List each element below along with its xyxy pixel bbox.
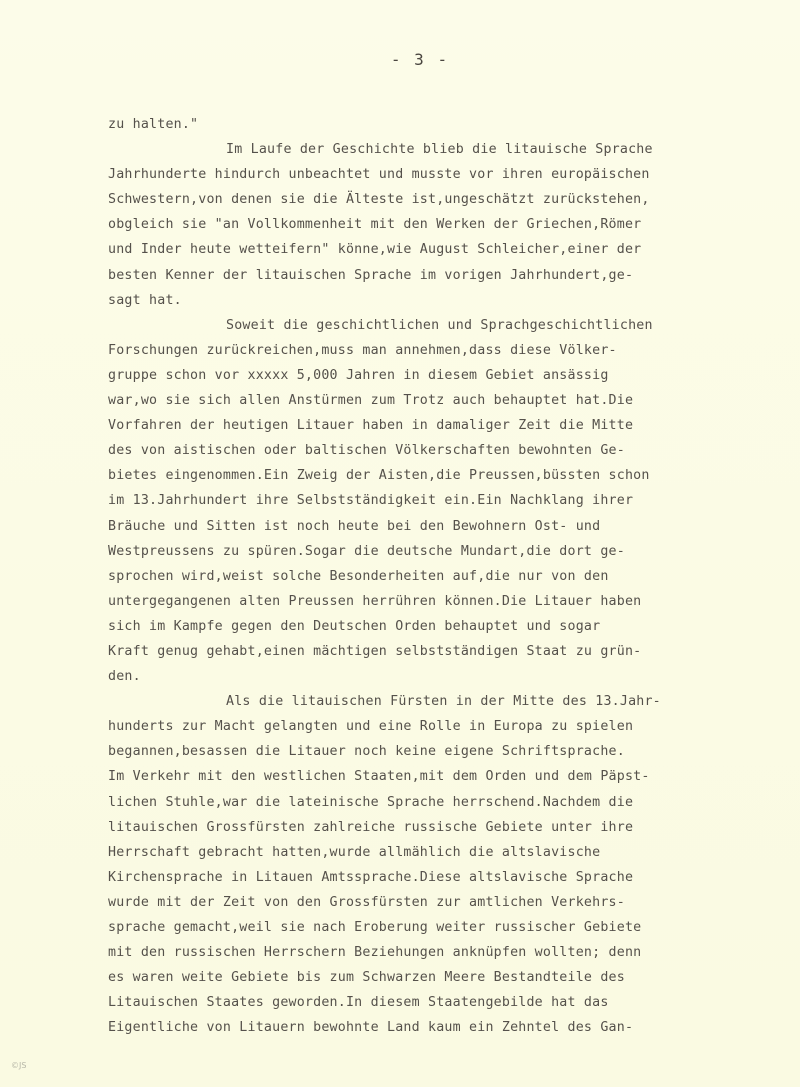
text-line: begannen,besassen die Litauer noch keine…: [108, 739, 798, 764]
text-line: zu halten.": [108, 112, 798, 137]
text-line: war,wo sie sich allen Anstürmen zum Trot…: [108, 388, 798, 413]
body-text: zu halten."Im Laufe der Geschichte blieb…: [108, 112, 798, 1040]
text-line: Vorfahren der heutigen Litauer haben in …: [108, 413, 798, 438]
text-line: lichen Stuhle,war die lateinische Sprach…: [108, 790, 798, 815]
page-number: - 3 -: [0, 50, 800, 69]
text-line: den.: [108, 664, 798, 689]
text-line: Westpreussens zu spüren.Sogar die deutsc…: [108, 539, 798, 564]
text-line: Schwestern,von denen sie die Älteste ist…: [108, 187, 798, 212]
text-line: hunderts zur Macht gelangten und eine Ro…: [108, 714, 798, 739]
typewritten-page: - 3 - zu halten."Im Laufe der Geschichte…: [0, 0, 800, 1087]
text-line: bietes eingenommen.Ein Zweig der Aisten,…: [108, 463, 798, 488]
text-line: es waren weite Gebiete bis zum Schwarzen…: [108, 965, 798, 990]
text-line: besten Kenner der litauischen Sprache im…: [108, 263, 798, 288]
text-line: Litauischen Staates geworden.In diesem S…: [108, 990, 798, 1015]
text-line: Jahrhunderte hindurch unbeachtet und mus…: [108, 162, 798, 187]
text-line: des von aistischen oder baltischen Völke…: [108, 438, 798, 463]
text-line: mit den russischen Herrschern Beziehunge…: [108, 940, 798, 965]
text-line: Kirchensprache in Litauen Amtssprache.Di…: [108, 865, 798, 890]
text-line: Kraft genug gehabt,einen mächtigen selbs…: [108, 639, 798, 664]
text-line: sagt hat.: [108, 288, 798, 313]
text-line: Herrschaft gebracht hatten,wurde allmähl…: [108, 840, 798, 865]
text-line: litauischen Grossfürsten zahlreiche russ…: [108, 815, 798, 840]
text-line: Bräuche und Sitten ist noch heute bei de…: [108, 514, 798, 539]
text-line: Als die litauischen Fürsten in der Mitte…: [108, 689, 798, 714]
text-line: sich im Kampfe gegen den Deutschen Orden…: [108, 614, 798, 639]
copyright-mark: ©JS: [11, 1061, 26, 1070]
text-line: und Inder heute wetteifern" könne,wie Au…: [108, 237, 798, 262]
text-line: sprochen wird,weist solche Besonderheite…: [108, 564, 798, 589]
text-line: Forschungen zurückreichen,muss man anneh…: [108, 338, 798, 363]
text-line: sprache gemacht,weil sie nach Eroberung …: [108, 915, 798, 940]
text-line: untergegangenen alten Preussen herrühren…: [108, 589, 798, 614]
text-line: gruppe schon vor xxxxx 5,000 Jahren in d…: [108, 363, 798, 388]
text-line: obgleich sie "an Vollkommenheit mit den …: [108, 212, 798, 237]
text-line: Soweit die geschichtlichen und Sprachges…: [108, 313, 798, 338]
text-line: Im Laufe der Geschichte blieb die litaui…: [108, 137, 798, 162]
text-line: Im Verkehr mit den westlichen Staaten,mi…: [108, 764, 798, 789]
text-line: Eigentliche von Litauern bewohnte Land k…: [108, 1015, 798, 1040]
text-line: im 13.Jahrhundert ihre Selbstständigkeit…: [108, 488, 798, 513]
text-line: wurde mit der Zeit von den Grossfürsten …: [108, 890, 798, 915]
